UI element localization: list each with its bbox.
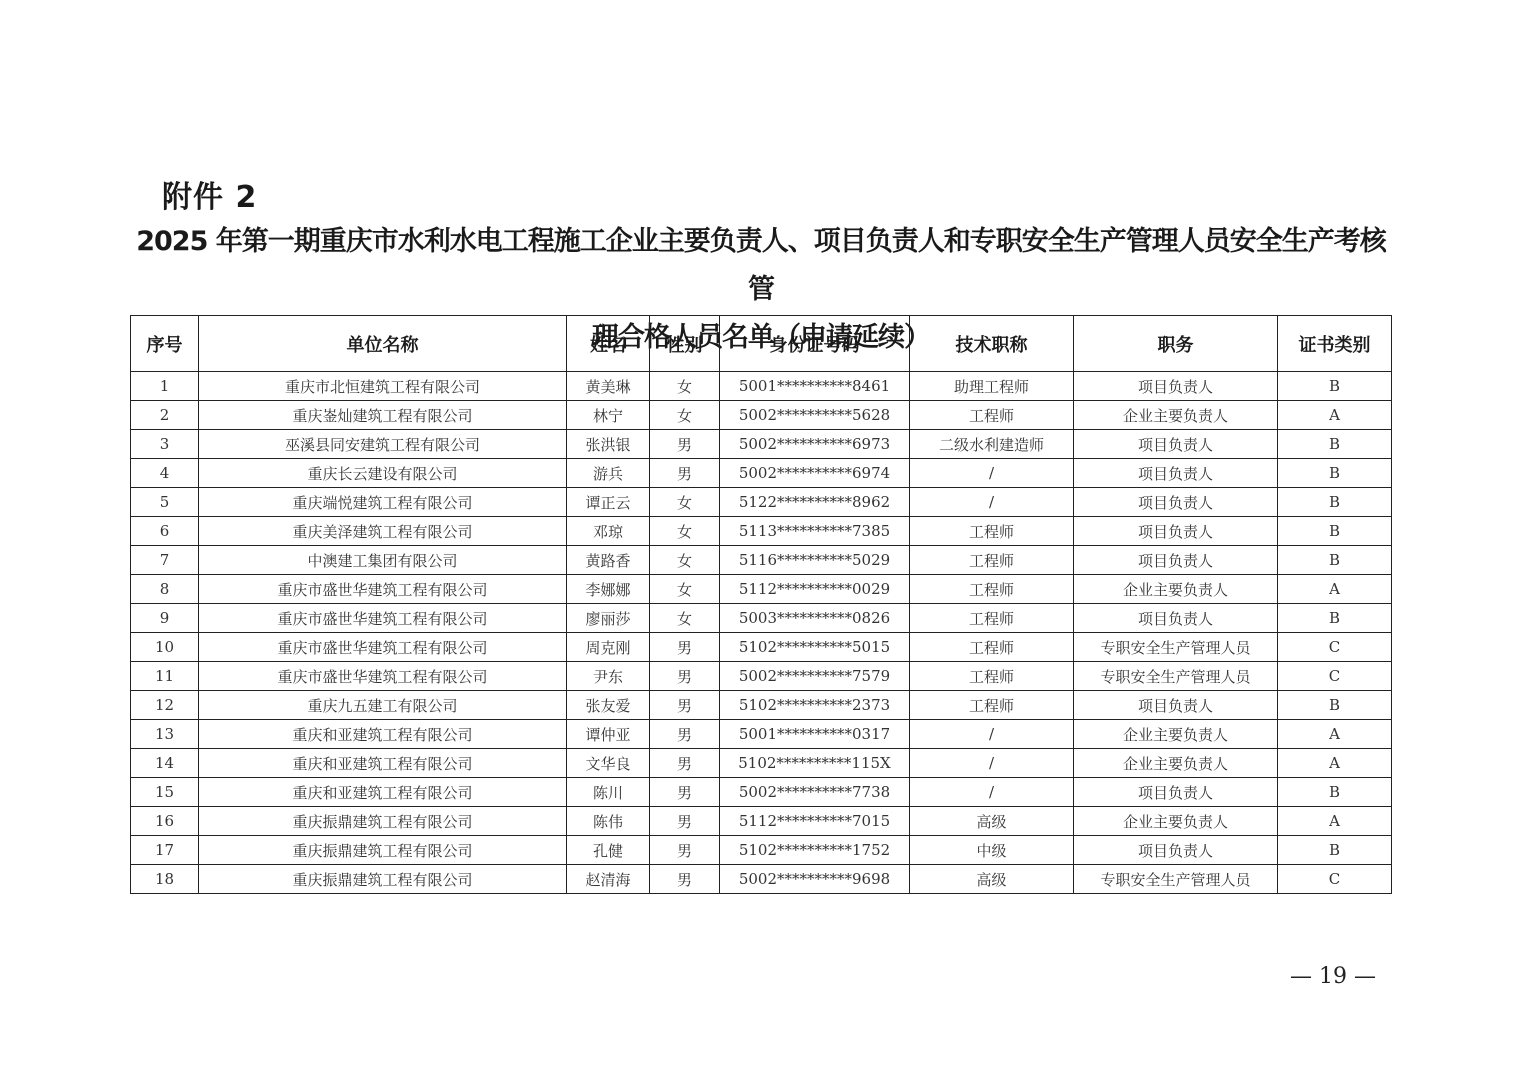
cell-gender: 女 (650, 488, 720, 517)
cell-index: 1 (131, 372, 199, 401)
cell-index: 11 (131, 662, 199, 691)
header-col-index: 序号 (131, 316, 199, 372)
cell-cert-type: A (1278, 401, 1392, 430)
cell-position: 项目负责人 (1074, 430, 1278, 459)
cell-id-number: 5102**********2373 (720, 691, 910, 720)
table-row: 18重庆振鼎建筑工程有限公司赵清海男5002**********9698高级专职… (131, 865, 1392, 894)
cell-index: 4 (131, 459, 199, 488)
cell-index: 6 (131, 517, 199, 546)
cell-index: 12 (131, 691, 199, 720)
cell-position: 企业主要负责人 (1074, 401, 1278, 430)
cell-cert-type: B (1278, 459, 1392, 488)
cell-name: 邓琼 (567, 517, 650, 546)
cell-company: 重庆振鼎建筑工程有限公司 (199, 807, 567, 836)
cell-index: 8 (131, 575, 199, 604)
cell-name: 张洪银 (567, 430, 650, 459)
table-row: 6重庆美泽建筑工程有限公司邓琼女5113**********7385工程师项目负… (131, 517, 1392, 546)
cell-title: 二级水利建造师 (910, 430, 1074, 459)
cell-id-number: 5001**********0317 (720, 720, 910, 749)
cell-position: 项目负责人 (1074, 459, 1278, 488)
cell-title: 工程师 (910, 691, 1074, 720)
cell-index: 15 (131, 778, 199, 807)
cell-gender: 男 (650, 749, 720, 778)
cell-name: 陈川 (567, 778, 650, 807)
cell-company: 重庆端悦建筑工程有限公司 (199, 488, 567, 517)
cell-company: 中澳建工集团有限公司 (199, 546, 567, 575)
header-col-title: 技术职称 (910, 316, 1074, 372)
cell-name: 黄路香 (567, 546, 650, 575)
cell-index: 13 (131, 720, 199, 749)
cell-cert-type: B (1278, 488, 1392, 517)
cell-id-number: 5002**********7738 (720, 778, 910, 807)
cell-name: 张友爱 (567, 691, 650, 720)
table-row: 13重庆和亚建筑工程有限公司谭仲亚男5001**********0317/企业主… (131, 720, 1392, 749)
cell-gender: 男 (650, 662, 720, 691)
cell-index: 17 (131, 836, 199, 865)
cell-title: / (910, 749, 1074, 778)
cell-id-number: 5102**********1752 (720, 836, 910, 865)
cell-position: 企业主要负责人 (1074, 720, 1278, 749)
cell-name: 尹东 (567, 662, 650, 691)
table-row: 5重庆端悦建筑工程有限公司谭正云女5122**********8962/项目负责… (131, 488, 1392, 517)
cell-index: 14 (131, 749, 199, 778)
cell-index: 2 (131, 401, 199, 430)
table-row: 4重庆长云建设有限公司游兵男5002**********6974/项目负责人B (131, 459, 1392, 488)
cell-company: 重庆和亚建筑工程有限公司 (199, 749, 567, 778)
cell-company: 重庆和亚建筑工程有限公司 (199, 720, 567, 749)
cell-title: 工程师 (910, 604, 1074, 633)
cell-index: 16 (131, 807, 199, 836)
cell-name: 赵清海 (567, 865, 650, 894)
cell-cert-type: B (1278, 546, 1392, 575)
cell-cert-type: B (1278, 691, 1392, 720)
cell-id-number: 5113**********7385 (720, 517, 910, 546)
cell-position: 专职安全生产管理人员 (1074, 633, 1278, 662)
table-body: 1重庆市北恒建筑工程有限公司黄美琳女5001**********8461助理工程… (131, 372, 1392, 894)
cell-cert-type: B (1278, 778, 1392, 807)
cell-id-number: 5002**********9698 (720, 865, 910, 894)
cell-cert-type: A (1278, 720, 1392, 749)
cell-title: / (910, 488, 1074, 517)
table-row: 17重庆振鼎建筑工程有限公司孔健男5102**********1752中级项目负… (131, 836, 1392, 865)
table-row: 16重庆振鼎建筑工程有限公司陈伟男5112**********7015高级企业主… (131, 807, 1392, 836)
cell-name: 谭仲亚 (567, 720, 650, 749)
cell-title: 助理工程师 (910, 372, 1074, 401)
cell-gender: 男 (650, 691, 720, 720)
cell-id-number: 5002**********6973 (720, 430, 910, 459)
table-row: 11重庆市盛世华建筑工程有限公司尹东男5002**********7579工程师… (131, 662, 1392, 691)
header-col-position: 职务 (1074, 316, 1278, 372)
page-number: — 19 — (1290, 964, 1376, 989)
cell-cert-type: B (1278, 604, 1392, 633)
cell-position: 项目负责人 (1074, 778, 1278, 807)
cell-id-number: 5002**********7579 (720, 662, 910, 691)
cell-cert-type: B (1278, 517, 1392, 546)
cell-cert-type: B (1278, 430, 1392, 459)
header-col-name: 姓名 (567, 316, 650, 372)
cell-title: 工程师 (910, 575, 1074, 604)
cell-index: 5 (131, 488, 199, 517)
table-row: 10重庆市盛世华建筑工程有限公司周克刚男5102**********5015工程… (131, 633, 1392, 662)
cell-title: 工程师 (910, 633, 1074, 662)
cell-title: 中级 (910, 836, 1074, 865)
cell-position: 企业主要负责人 (1074, 807, 1278, 836)
cell-position: 专职安全生产管理人员 (1074, 865, 1278, 894)
cell-name: 游兵 (567, 459, 650, 488)
cell-name: 文华良 (567, 749, 650, 778)
cell-company: 重庆崟灿建筑工程有限公司 (199, 401, 567, 430)
cell-position: 项目负责人 (1074, 604, 1278, 633)
cell-index: 9 (131, 604, 199, 633)
qualified-personnel-table: 序号单位名称姓名性别身份证号码技术职称职务证书类别 1重庆市北恒建筑工程有限公司… (130, 315, 1392, 894)
cell-company: 重庆长云建设有限公司 (199, 459, 567, 488)
cell-company: 重庆市北恒建筑工程有限公司 (199, 372, 567, 401)
cell-gender: 男 (650, 836, 720, 865)
cell-gender: 女 (650, 575, 720, 604)
cell-title: 工程师 (910, 401, 1074, 430)
cell-title: / (910, 778, 1074, 807)
cell-gender: 女 (650, 604, 720, 633)
cell-index: 3 (131, 430, 199, 459)
header-col-cert-type: 证书类别 (1278, 316, 1392, 372)
table-row: 3巫溪县同安建筑工程有限公司张洪银男5002**********6973二级水利… (131, 430, 1392, 459)
cell-id-number: 5102**********5015 (720, 633, 910, 662)
cell-index: 18 (131, 865, 199, 894)
cell-company: 巫溪县同安建筑工程有限公司 (199, 430, 567, 459)
cell-title: 工程师 (910, 546, 1074, 575)
cell-gender: 男 (650, 778, 720, 807)
cell-name: 周克刚 (567, 633, 650, 662)
table-row: 14重庆和亚建筑工程有限公司文华良男5102**********115X/企业主… (131, 749, 1392, 778)
cell-id-number: 5112**********0029 (720, 575, 910, 604)
table-row: 7中澳建工集团有限公司黄路香女5116**********5029工程师项目负责… (131, 546, 1392, 575)
cell-id-number: 5102**********115X (720, 749, 910, 778)
table-row: 8重庆市盛世华建筑工程有限公司李娜娜女5112**********0029工程师… (131, 575, 1392, 604)
cell-company: 重庆市盛世华建筑工程有限公司 (199, 662, 567, 691)
cell-name: 李娜娜 (567, 575, 650, 604)
cell-position: 项目负责人 (1074, 546, 1278, 575)
cell-index: 10 (131, 633, 199, 662)
cell-title: / (910, 720, 1074, 749)
cell-name: 廖丽莎 (567, 604, 650, 633)
cell-cert-type: A (1278, 575, 1392, 604)
header-col-id-number: 身份证号码 (720, 316, 910, 372)
cell-gender: 男 (650, 430, 720, 459)
cell-position: 项目负责人 (1074, 488, 1278, 517)
cell-gender: 男 (650, 459, 720, 488)
cell-cert-type: B (1278, 372, 1392, 401)
cell-gender: 女 (650, 546, 720, 575)
cell-id-number: 5002**********5628 (720, 401, 910, 430)
cell-cert-type: A (1278, 749, 1392, 778)
title-line-1: 2025 年第一期重庆市水利水电工程施工企业主要负责人、项目负责人和专职安全生产… (130, 218, 1392, 314)
cell-gender: 女 (650, 401, 720, 430)
cell-gender: 男 (650, 720, 720, 749)
cell-company: 重庆九五建工有限公司 (199, 691, 567, 720)
cell-position: 项目负责人 (1074, 517, 1278, 546)
cell-name: 谭正云 (567, 488, 650, 517)
cell-id-number: 5001**********8461 (720, 372, 910, 401)
cell-name: 黄美琳 (567, 372, 650, 401)
cell-company: 重庆市盛世华建筑工程有限公司 (199, 575, 567, 604)
table-row: 9重庆市盛世华建筑工程有限公司廖丽莎女5003**********0826工程师… (131, 604, 1392, 633)
cell-id-number: 5002**********6974 (720, 459, 910, 488)
cell-position: 项目负责人 (1074, 372, 1278, 401)
cell-position: 项目负责人 (1074, 836, 1278, 865)
cell-name: 孔健 (567, 836, 650, 865)
cell-title: 高级 (910, 807, 1074, 836)
cell-gender: 女 (650, 517, 720, 546)
cell-id-number: 5116**********5029 (720, 546, 910, 575)
header-col-company: 单位名称 (199, 316, 567, 372)
cell-cert-type: C (1278, 633, 1392, 662)
table-header-row: 序号单位名称姓名性别身份证号码技术职称职务证书类别 (131, 316, 1392, 372)
cell-gender: 男 (650, 807, 720, 836)
cell-id-number: 5112**********7015 (720, 807, 910, 836)
cell-title: 工程师 (910, 517, 1074, 546)
cell-company: 重庆市盛世华建筑工程有限公司 (199, 633, 567, 662)
cell-position: 专职安全生产管理人员 (1074, 662, 1278, 691)
cell-cert-type: A (1278, 807, 1392, 836)
table-row: 15重庆和亚建筑工程有限公司陈川男5002**********7738/项目负责… (131, 778, 1392, 807)
table-row: 12重庆九五建工有限公司张友爱男5102**********2373工程师项目负… (131, 691, 1392, 720)
cell-position: 企业主要负责人 (1074, 749, 1278, 778)
cell-index: 7 (131, 546, 199, 575)
cell-title: 工程师 (910, 662, 1074, 691)
cell-id-number: 5003**********0826 (720, 604, 910, 633)
cell-position: 企业主要负责人 (1074, 575, 1278, 604)
cell-company: 重庆振鼎建筑工程有限公司 (199, 836, 567, 865)
table-row: 1重庆市北恒建筑工程有限公司黄美琳女5001**********8461助理工程… (131, 372, 1392, 401)
cell-name: 陈伟 (567, 807, 650, 836)
cell-cert-type: C (1278, 865, 1392, 894)
cell-company: 重庆市盛世华建筑工程有限公司 (199, 604, 567, 633)
cell-gender: 男 (650, 633, 720, 662)
cell-id-number: 5122**********8962 (720, 488, 910, 517)
attachment-label: 附件 2 (162, 172, 257, 216)
cell-cert-type: C (1278, 662, 1392, 691)
cell-position: 项目负责人 (1074, 691, 1278, 720)
cell-title: / (910, 459, 1074, 488)
cell-title: 高级 (910, 865, 1074, 894)
cell-gender: 女 (650, 372, 720, 401)
cell-cert-type: B (1278, 836, 1392, 865)
cell-company: 重庆和亚建筑工程有限公司 (199, 778, 567, 807)
header-col-gender: 性别 (650, 316, 720, 372)
cell-name: 林宁 (567, 401, 650, 430)
cell-gender: 男 (650, 865, 720, 894)
table-row: 2重庆崟灿建筑工程有限公司林宁女5002**********5628工程师企业主… (131, 401, 1392, 430)
cell-company: 重庆振鼎建筑工程有限公司 (199, 865, 567, 894)
cell-company: 重庆美泽建筑工程有限公司 (199, 517, 567, 546)
